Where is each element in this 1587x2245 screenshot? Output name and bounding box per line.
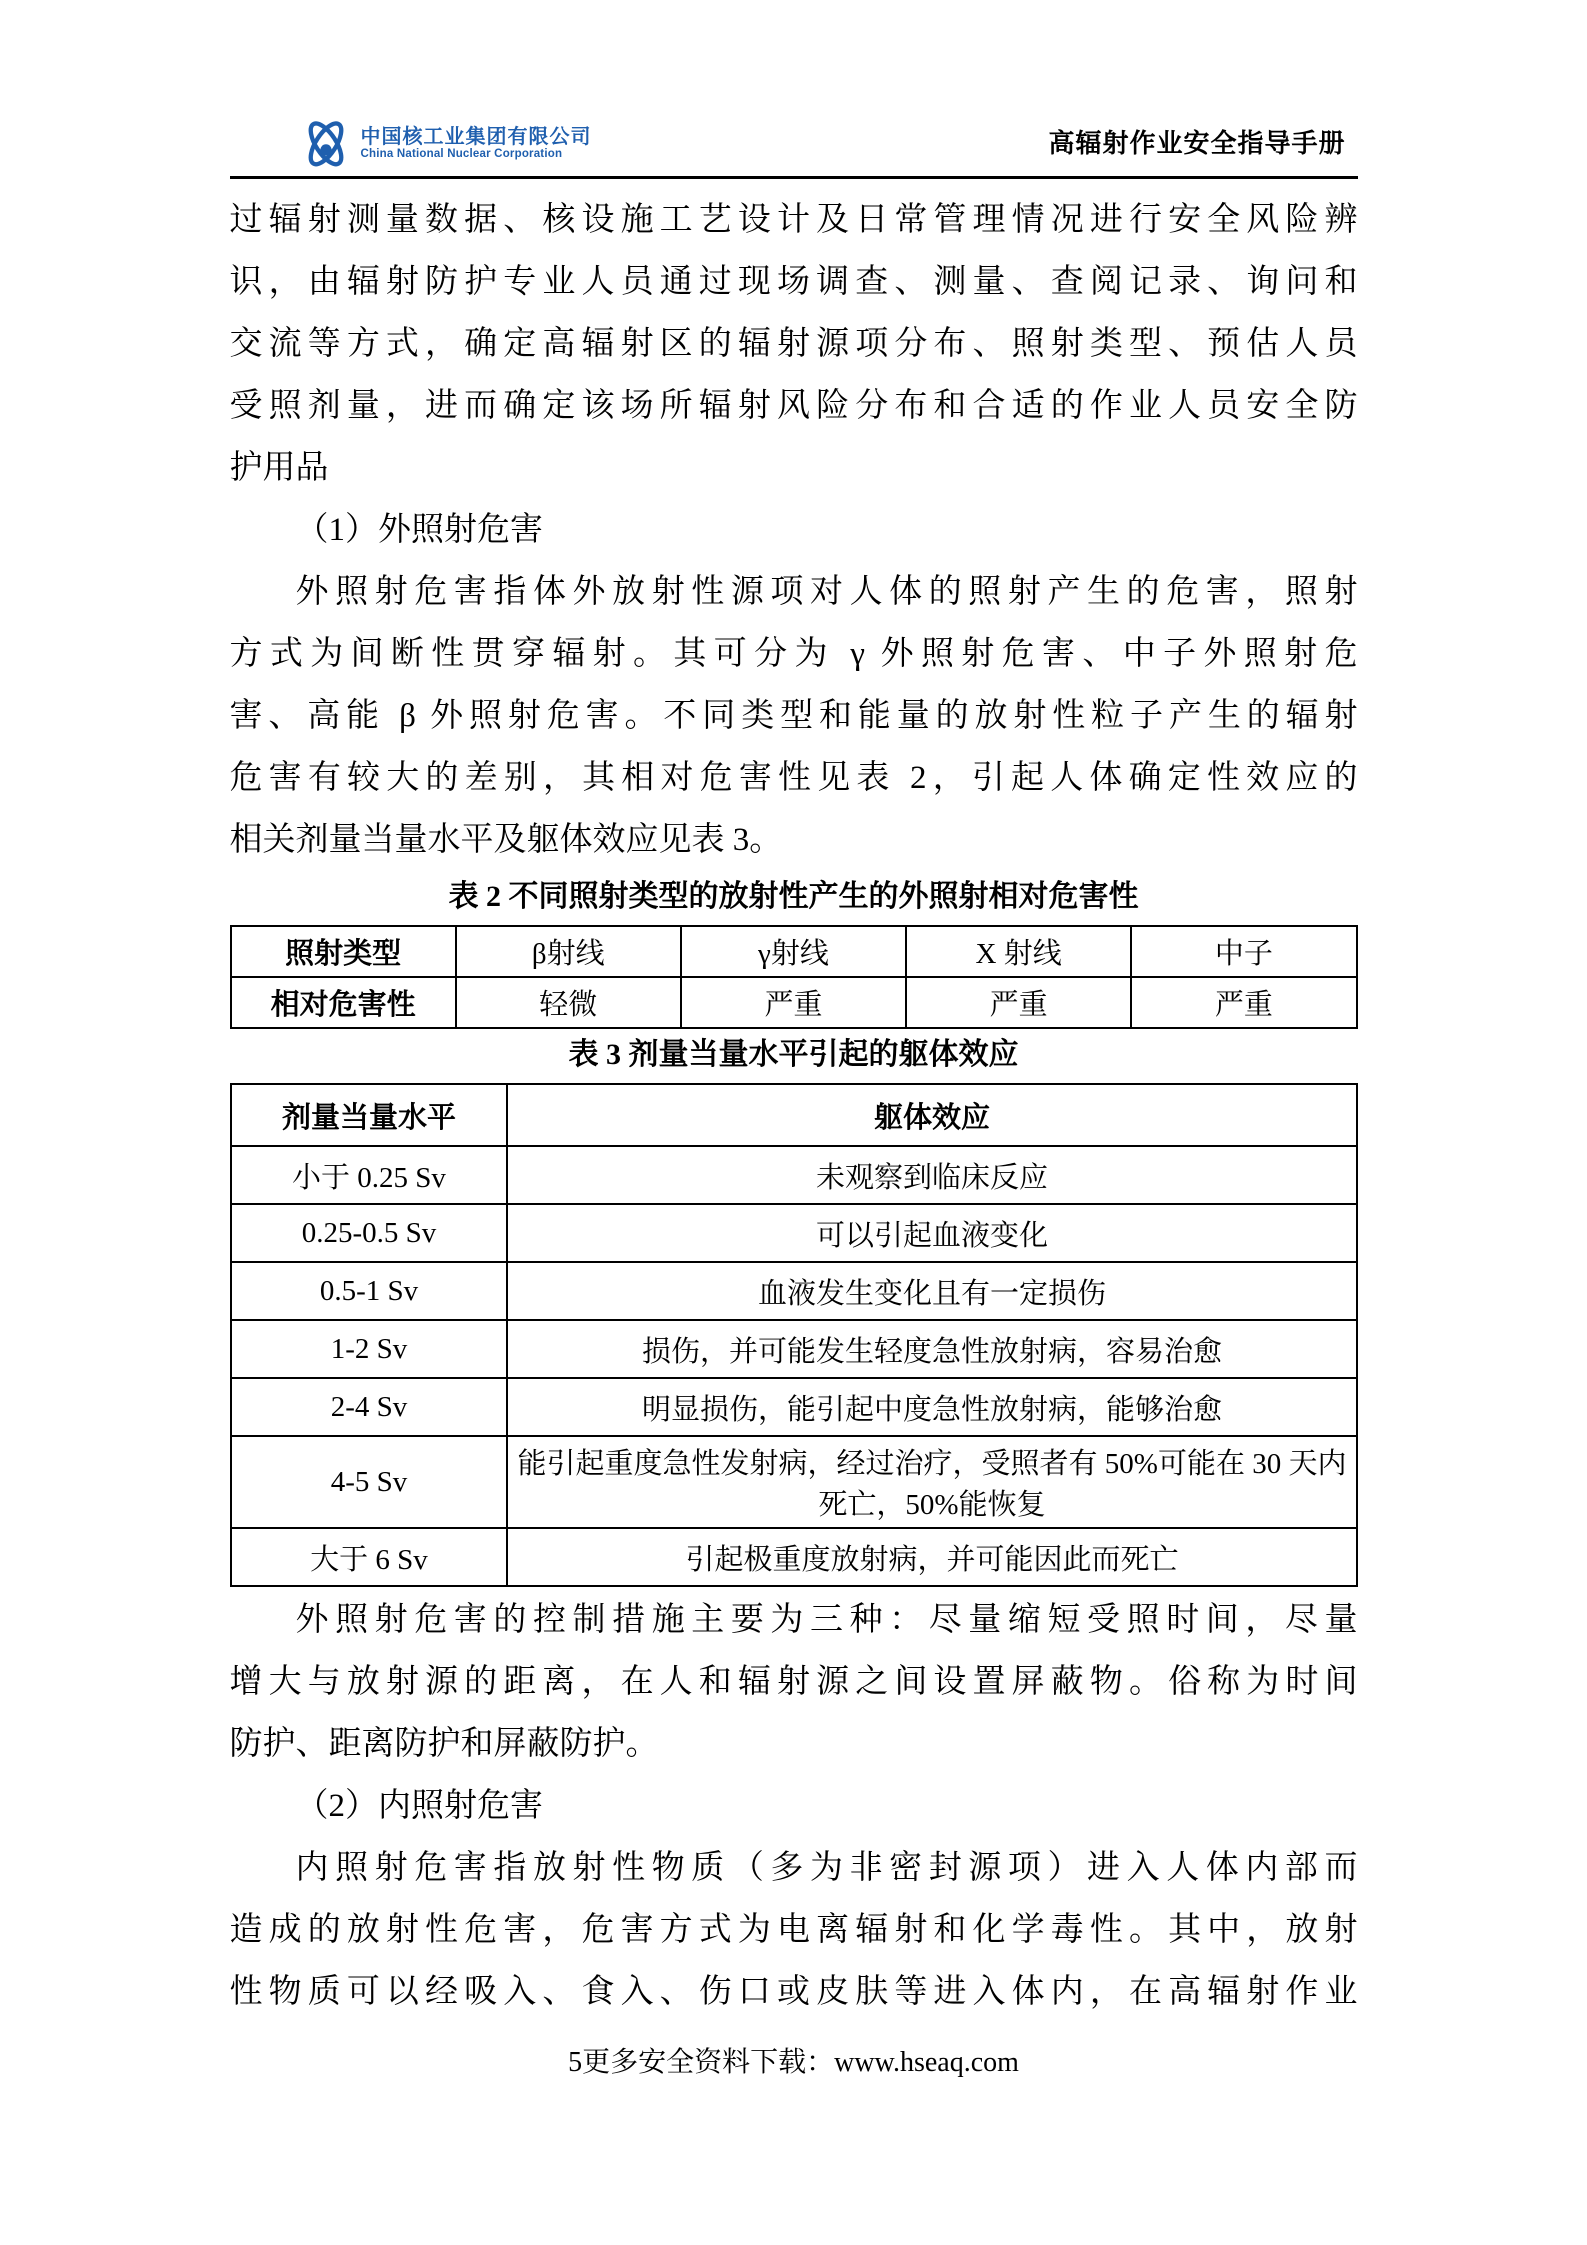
cnnc-atom-icon xyxy=(300,114,352,172)
paragraph-line: 过辐射测量数据、核设施工艺设计及日常管理情况进行安全风险辨 xyxy=(230,189,1358,251)
table2-cell: X 射线 xyxy=(906,926,1131,977)
table3-dose-cell: 1-2 Sv xyxy=(231,1320,508,1378)
table2-row-header: 照射类型 xyxy=(231,926,456,977)
table3-col-header: 剂量当量水平 xyxy=(231,1084,508,1146)
cnnc-logo: 中国核工业集团有限公司 China National Nuclear Corpo… xyxy=(300,114,592,172)
cnnc-logo-text: 中国核工业集团有限公司 China National Nuclear Corpo… xyxy=(361,126,592,161)
table3-dose-cell: 2-4 Sv xyxy=(231,1378,508,1436)
paragraph-line: 内照射危害指放射性物质（多为非密封源项）进入人体内部而 xyxy=(230,1837,1358,1899)
paragraph-line: 增大与放射源的距离，在人和辐射源之间设置屏蔽物。俗称为时间 xyxy=(230,1651,1358,1713)
table-row: 相对危害性 轻微 严重 严重 严重 xyxy=(231,977,1357,1028)
paragraph-line: 外照射危害的控制措施主要为三种：尽量缩短受照时间，尽量 xyxy=(230,1589,1358,1651)
header-divider xyxy=(230,176,1358,179)
paragraph-line: 外照射危害指体外放射性源项对人体的照射产生的危害，照射 xyxy=(230,561,1358,623)
table3-dose-cell: 大于 6 Sv xyxy=(231,1528,508,1586)
table3-dose-cell: 4-5 Sv xyxy=(231,1436,508,1528)
table-dose-effects: 剂量当量水平 躯体效应 小于 0.25 Sv 未观察到临床反应 0.25-0.5… xyxy=(230,1083,1358,1587)
table3-dose-cell: 0.25-0.5 Sv xyxy=(231,1204,508,1262)
table-row: 照射类型 β射线 γ射线 X 射线 中子 xyxy=(231,926,1357,977)
table-row: 剂量当量水平 躯体效应 xyxy=(231,1084,1357,1146)
paragraph-line: 防护、距离防护和屏蔽防护。 xyxy=(230,1713,1358,1775)
paragraph-line: 护用品 xyxy=(230,437,1358,499)
table3-caption: 表 3 剂量当量水平引起的躯体效应 xyxy=(230,1032,1358,1078)
table3-col-header: 躯体效应 xyxy=(507,1084,1356,1146)
table3-effect-cell: 可以引起血液变化 xyxy=(507,1204,1356,1262)
footer-text: 5更多安全资料下载：www.hseaq.com xyxy=(568,2047,1019,2078)
paragraph-line: 性物质可以经吸入、食入、伤口或皮肤等进入体内，在高辐射作业 xyxy=(230,1961,1358,2023)
table2-caption: 表 2 不同照射类型的放射性产生的外照射相对危害性 xyxy=(230,874,1358,920)
paragraph-line: 识，由辐射防护专业人员通过现场调查、测量、查阅记录、询问和 xyxy=(230,251,1358,313)
table2-cell: 严重 xyxy=(681,977,906,1028)
table2-cell: 严重 xyxy=(1131,977,1356,1028)
table-row: 0.5-1 Sv 血液发生变化且有一定损伤 xyxy=(231,1262,1357,1320)
table2-cell: 中子 xyxy=(1131,926,1356,977)
paragraph-line: 交流等方式，确定高辐射区的辐射源项分布、照射类型、预估人员 xyxy=(230,313,1358,375)
table-row: 4-5 Sv 能引起重度急性发射病，经过治疗，受照者有 50%可能在 30 天内… xyxy=(231,1436,1357,1528)
table3-effect-cell: 引起极重度放射病，并可能因此而死亡 xyxy=(507,1528,1356,1586)
section-heading-external: （1）外照射危害 xyxy=(230,499,1358,561)
section-heading-internal: （2）内照射危害 xyxy=(230,1775,1358,1837)
paragraph-line: 造成的放射性危害，危害方式为电离辐射和化学毒性。其中，放射 xyxy=(230,1899,1358,1961)
table-row: 小于 0.25 Sv 未观察到临床反应 xyxy=(231,1146,1357,1204)
table3-effect-cell: 损伤，并可能发生轻度急性放射病，容易治愈 xyxy=(507,1320,1356,1378)
table-row: 1-2 Sv 损伤，并可能发生轻度急性放射病，容易治愈 xyxy=(231,1320,1357,1378)
table2-cell: γ射线 xyxy=(681,926,906,977)
page-footer: 5更多安全资料下载：www.hseaq.com xyxy=(0,2040,1587,2080)
table3-effect-cell: 血液发生变化且有一定损伤 xyxy=(507,1262,1356,1320)
table2-cell: 严重 xyxy=(906,977,1131,1028)
table-exposure-types: 照射类型 β射线 γ射线 X 射线 中子 相对危害性 轻微 严重 严重 严重 xyxy=(230,925,1358,1029)
manual-title: 高辐射作业安全指导手册 xyxy=(1048,123,1345,172)
table3-effect-cell: 能引起重度急性发射病，经过治疗，受照者有 50%可能在 30 天内死亡，50%能… xyxy=(507,1436,1356,1528)
page-header: 中国核工业集团有限公司 China National Nuclear Corpo… xyxy=(230,0,1358,176)
table3-effect-cell: 明显损伤，能引起中度急性放射病，能够治愈 xyxy=(507,1378,1356,1436)
table-row: 0.25-0.5 Sv 可以引起血液变化 xyxy=(231,1204,1357,1262)
document-page: 中国核工业集团有限公司 China National Nuclear Corpo… xyxy=(0,0,1587,2245)
table-row: 大于 6 Sv 引起极重度放射病，并可能因此而死亡 xyxy=(231,1528,1357,1586)
document-body: 过辐射测量数据、核设施工艺设计及日常管理情况进行安全风险辨 识，由辐射防护专业人… xyxy=(230,189,1358,2023)
table2-cell: 轻微 xyxy=(456,977,681,1028)
paragraph-line: 方式为间断性贯穿辐射。其可分为 γ 外照射危害、中子外照射危 xyxy=(230,623,1358,685)
logo-company-name-en: China National Nuclear Corporation xyxy=(361,148,592,161)
table2-cell: β射线 xyxy=(456,926,681,977)
table2-row-header: 相对危害性 xyxy=(231,977,456,1028)
paragraph-line: 危害有较大的差别，其相对危害性见表 2，引起人体确定性效应的 xyxy=(230,747,1358,809)
paragraph-line: 受照剂量，进而确定该场所辐射风险分布和合适的作业人员安全防 xyxy=(230,375,1358,437)
paragraph-line: 害、高能 β 外照射危害。不同类型和能量的放射性粒子产生的辐射 xyxy=(230,685,1358,747)
logo-company-name-cn: 中国核工业集团有限公司 xyxy=(361,126,592,148)
table3-dose-cell: 小于 0.25 Sv xyxy=(231,1146,508,1204)
table-row: 2-4 Sv 明显损伤，能引起中度急性放射病，能够治愈 xyxy=(231,1378,1357,1436)
paragraph-line: 相关剂量当量水平及躯体效应见表 3。 xyxy=(230,809,1358,871)
table3-effect-cell: 未观察到临床反应 xyxy=(507,1146,1356,1204)
table3-dose-cell: 0.5-1 Sv xyxy=(231,1262,508,1320)
